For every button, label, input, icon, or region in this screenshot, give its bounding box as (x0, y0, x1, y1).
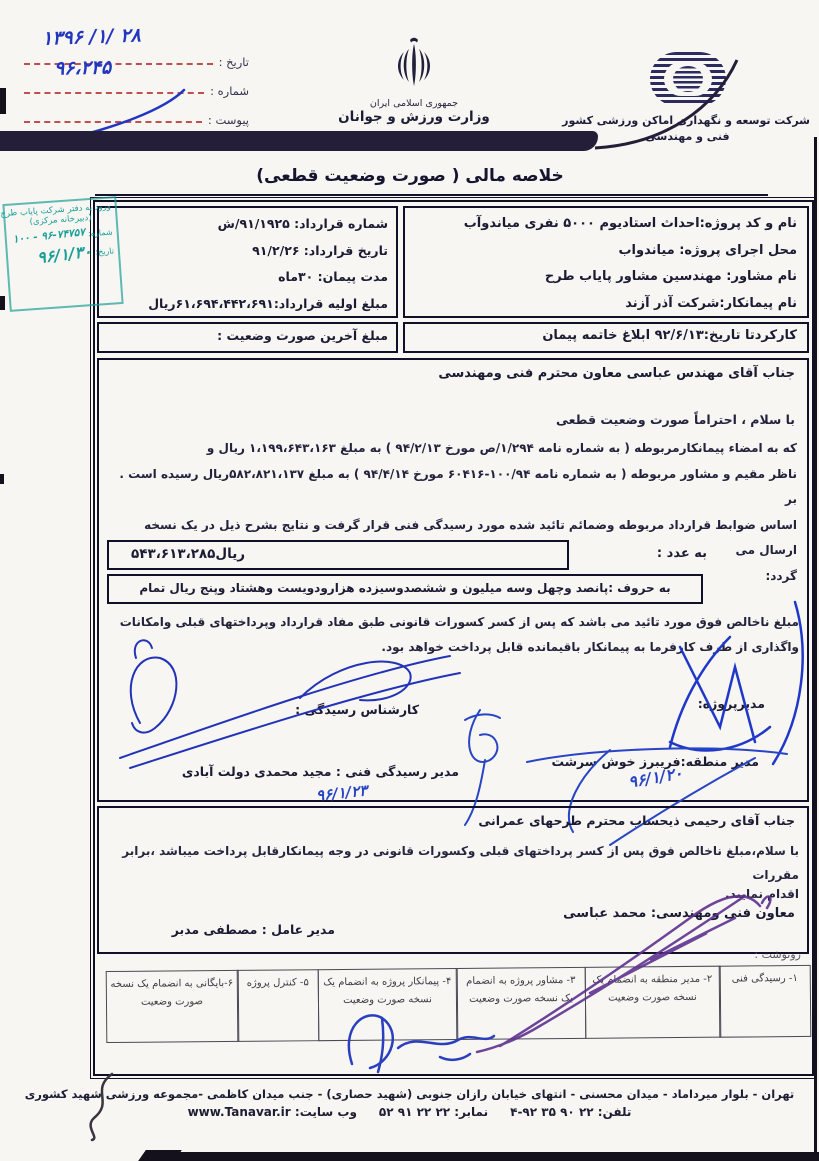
amount-digits-value: ۵۴۳،۶۱۳،۲۸۵ریال (131, 546, 245, 562)
handwritten-date: ۲۸ /۱/ ۱۳۹۶ (42, 24, 141, 49)
letter-salutation: جناب آقای مهندس عباسی معاون محترم فنی وم… (438, 366, 795, 381)
contract-info-box: شماره قرارداد: ۹۱/۱۹۲۵/ش تاریخ قرارداد: … (97, 206, 398, 318)
last-statement-amount-box: مبلغ آخرین صورت وضعیت : (97, 322, 398, 353)
cc-item-6: ۶-بایگانی به انضمام یک نسخه صورت وضعیت (105, 970, 239, 1043)
work-until-box: کارکردتا تاریخ:۹۲/۶/۱۳ ابلاغ خاتمه پیمان (403, 322, 809, 353)
letter-line1: که به امضاء پیمانکارمربوطه ( به شماره نا… (109, 436, 797, 462)
amount-digits-label: به عدد : (657, 546, 707, 561)
scan-edge-corner (138, 1150, 182, 1161)
scan-edge-right (814, 137, 817, 1161)
contract-number: شماره قرارداد: ۹۱/۱۹۲۵/ش (107, 211, 388, 238)
attachment-label: پیوست : (202, 113, 249, 127)
footer-fax: نمابر: ۲۲ ۲۲ ۹۱ ۵۲ (379, 1105, 488, 1119)
amount-digits-box: ۵۴۳،۶۱۳،۲۸۵ریال (107, 540, 569, 570)
tech-manager-handwritten-date: ۹۶/۱/۲۳ (315, 781, 368, 804)
scan-edge-mark (0, 296, 5, 310)
ceo-label: مدیر عامل : مصطفی مدبر (172, 922, 335, 937)
entry-stamp: ورود به دفتر شرکت پایاب طرح (دبیرخانه مر… (2, 196, 123, 312)
letter-line2: ناظر مقیم و مشاور مربوطه ( به شماره نامه… (109, 462, 797, 513)
date-dashed-line (24, 63, 213, 65)
footer-phone: تلفن: ۲۲ ۹۰ ۳۵ ۹۲-۴ (510, 1105, 631, 1119)
handwritten-number: ۹۶،۲۴۵ (54, 57, 112, 80)
footer-squiggle (82, 1072, 122, 1142)
scan-edge-mark (0, 88, 6, 114)
project-info-box: نام و کد پروژه:احداث استادیوم ۵۰۰۰ نفری … (403, 206, 809, 318)
contract-duration: مدت پیمان: ۳۰ماه (107, 264, 388, 291)
second-letter-salutation: جناب آقای رحیمی ذیحساب محترم طرحهای عمرا… (478, 813, 795, 828)
ministry-line2: وزارت ورزش و جوانان (308, 109, 520, 125)
title-underline (95, 194, 768, 196)
project-location: محل اجرای پروژه: میاندواب (415, 238, 797, 265)
project-name: نام و کد پروژه:احداث استادیوم ۵۰۰۰ نفری … (415, 211, 797, 238)
contract-date: تاریخ قرارداد: ۹۱/۲/۲۶ (107, 238, 388, 265)
amount-words-box: به حروف :پانصد وچهل وسه میلیون و ششصدوسی… (107, 574, 703, 604)
stamp-date-value: ۹۶/۱/۳۰ (36, 242, 93, 268)
letter-intro: با سلام ، احتراماً صورت وضعیت قطعی (556, 412, 795, 427)
letterhead-date-block: تاریخ : ۲۸ /۱/ ۱۳۹۶ شماره : ۹۶،۲۴۵ پیوست… (24, 40, 249, 127)
footer-contact: تلفن: ۲۲ ۹۰ ۳۵ ۹۲-۴ نمابر: ۲۲ ۲۲ ۹۱ ۵۲ و… (0, 1105, 819, 1119)
date-label: تاریخ : (213, 55, 249, 69)
ministry-header: جمهوری اسلامی ایران وزارت ورزش و جوانان (308, 36, 520, 125)
stamp-date-label: تاریخ: (95, 246, 114, 256)
footer: تهران - بلوار میرداماد - میدان محسنی - ا… (0, 1087, 819, 1119)
number-label: شماره : (204, 84, 249, 98)
contractor-name: نام پیمانکار:شرکت آذر آزند (415, 291, 797, 318)
scan-edge-bottom (170, 1152, 819, 1161)
signature-bottom-scribble (320, 1002, 520, 1082)
scanned-document-page: تاریخ : ۲۸ /۱/ ۱۳۹۶ شماره : ۹۶،۲۴۵ پیوست… (0, 0, 819, 1161)
footer-address: تهران - بلوار میرداماد - میدان محسنی - ا… (0, 1087, 819, 1101)
stamp-date-row: تاریخ: ۹۶/۱/۳۰ (11, 241, 114, 267)
cc-item-5: ۵- کنترل پروژه (237, 969, 320, 1042)
iran-emblem-icon (391, 36, 437, 92)
document-title: خلاصه مالی ( صورت وضعیت قطعی) (60, 166, 760, 186)
header-swoosh-line (575, 48, 755, 153)
stamp-number-label: شماره: (88, 227, 113, 238)
consultant-name: نام مشاور: مهندسین مشاور پایاب طرح (415, 264, 797, 291)
ministry-line1: جمهوری اسلامی ایران (308, 98, 520, 109)
scan-edge-mark (0, 474, 4, 484)
header-dark-band (0, 131, 598, 151)
footer-website: وب سایت: www.Tanavar.ir (188, 1105, 357, 1119)
contract-initial-amount: مبلغ اولیه قرارداد:۶۱،۶۹۴،۴۴۲،۶۹۱ریال (107, 291, 388, 318)
